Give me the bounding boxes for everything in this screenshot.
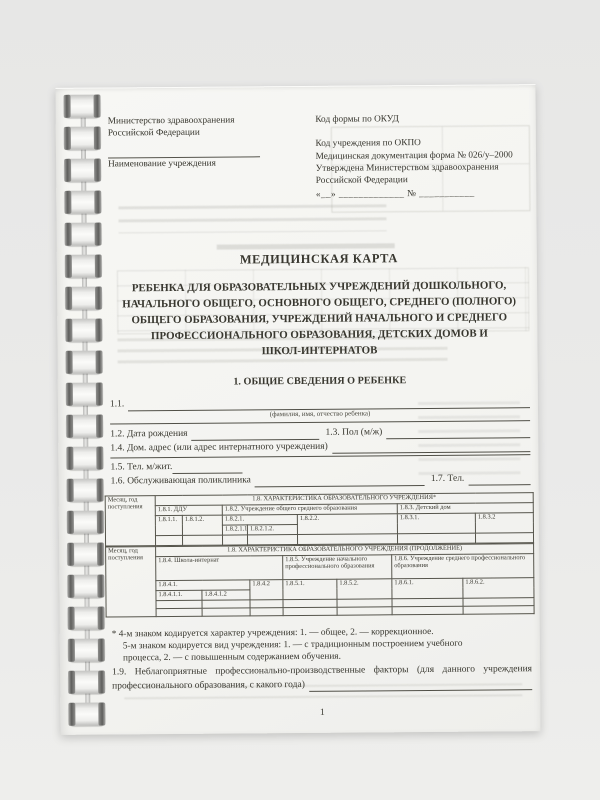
table1-subcode-cell: 1.8.2.1.2. (247, 524, 297, 534)
table2-empty-cell (463, 605, 534, 614)
field-1-4-label: 1.4. Дом. адрес (или адрес интернатного … (110, 440, 328, 455)
ministry-line2: Российской Федерации (108, 126, 278, 140)
document-subtitle: РЕБЕНКА ДЛЯ ОБРАЗОВАТЕЛЬНЫХ УЧРЕЖДЕНИЙ Д… (109, 277, 530, 360)
binding-ring (66, 351, 103, 374)
footnote-block: * 4-м знаком кодируется характер учрежде… (112, 625, 520, 664)
binding-ring (66, 447, 103, 470)
field-1-3-line (386, 425, 530, 439)
spiral-binding (64, 95, 106, 726)
page-number: 1 (112, 706, 532, 719)
table2-code-cell: 1.8.6.1. (392, 578, 463, 599)
table1-code-cell: 1.8.1.2. (182, 515, 222, 535)
table-1-8-institution: Месяц, год поступления 1.8. ХАРАКТЕРИСТИ… (105, 492, 534, 546)
table2-group-boarding: 1.8.4. Школа-интернат (156, 555, 283, 580)
binding-ring (67, 511, 104, 534)
section-1-heading: 1. ОБЩИЕ СВЕДЕНИЯ О РЕБЕНКЕ (110, 374, 530, 388)
binding-ring (68, 639, 105, 662)
footnote-line3: процесса, 2. — с повышенным содержанием … (112, 649, 520, 664)
binding-ring (67, 479, 104, 502)
table1-group-ddu: 1.8.1. ДДУ (155, 505, 222, 516)
table1-code-cell: 1.8.3.2 (475, 512, 533, 532)
binding-ring (68, 703, 105, 726)
table2-group-secondary-prof: 1.8.6. Учреждение среднего профессиональ… (392, 553, 534, 578)
table2-subcode-cell: 1.8.4.1.2 (202, 589, 250, 599)
medical-card-form-page: Министерство здравоохранения Российской … (55, 84, 540, 735)
binding-ring (64, 95, 101, 118)
page-title: МЕДИЦИНСКАЯ КАРТА (109, 250, 529, 268)
date-number-line: «__» _____________ № ___________ (316, 188, 529, 202)
field-1-6-label: 1.6. Обслуживающая поликлиника (111, 474, 251, 488)
approved-line1: Утверждена Министерством здравоохранения (316, 161, 529, 175)
table2-group-primary-prof: 1.8.5. Учреждение начального профессиона… (283, 554, 392, 579)
table1-code-cell: 1.8.2.1. (222, 514, 297, 525)
table1-subcode-cell: 1.8.2.1.1. (222, 524, 247, 534)
binding-ring (65, 255, 102, 278)
table2-row-label: Месяц, год поступления (106, 546, 157, 616)
okud-code-label: Код формы по ОКУД (315, 112, 528, 126)
field-1-2-line (191, 426, 319, 440)
binding-ring (65, 223, 102, 246)
table2-empty-cell (202, 607, 250, 615)
table1-row-label: Месяц, год поступления (105, 495, 155, 545)
table2-code-cell: 1.8.5.1. (283, 579, 337, 599)
binding-ring (66, 415, 103, 438)
institution-name-label: Наименование учреждения (108, 157, 278, 171)
table2-code-cell: 1.8.4.2 (250, 579, 283, 599)
table2-empty-cell (250, 607, 283, 615)
binding-ring (65, 319, 102, 342)
approved-line2: Российской Федерации (316, 173, 529, 187)
table2-empty-cell (156, 608, 202, 616)
table1-empty-cell (297, 533, 397, 544)
table2-empty-cell (337, 606, 392, 614)
field-1-3-label: 1.3. Пол (м/ж) (325, 426, 382, 439)
table2-code-cell: 1.8.5.2. (337, 578, 392, 598)
table2-empty-cell (250, 599, 283, 607)
binding-ring (65, 287, 102, 310)
binding-ring (64, 159, 101, 182)
table1-code-cell: 1.8.1.1. (155, 515, 182, 535)
table1-empty-cell (222, 534, 247, 544)
binding-ring (67, 575, 104, 598)
subtitle-line: ПРОФЕССИОНАЛЬНОГО ОБРАЗОВАНИЯ, ДЕТСКИХ Д… (109, 325, 529, 344)
field-1-6-line (255, 473, 425, 487)
field-1-9-line (309, 677, 532, 692)
table2-subcode-cell: 1.8.4.1.1. (156, 590, 202, 600)
table2-empty-cell (283, 607, 337, 615)
form-header: Министерство здравоохранения Российской … (108, 112, 529, 203)
field-1-9-text-line2: профессионального образования, с какого … (112, 679, 305, 694)
field-1-7-label: 1.7. Тел. (431, 472, 465, 485)
form-content: Министерство здравоохранения Российской … (55, 85, 540, 735)
table1-empty-cell (397, 533, 475, 544)
header-left-block: Министерство здравоохранения Российской … (108, 114, 278, 203)
header-right-block: Код формы по ОКУД Код учреждения по ОКПО… (315, 112, 528, 201)
table1-empty-cell (182, 535, 222, 545)
subtitle-line: ШКОЛ-ИНТЕРНАТОВ (109, 341, 529, 360)
table1-empty-cell (155, 535, 182, 545)
field-1-5-line (172, 460, 242, 474)
table1-code-cell: 1.8.3.1. (397, 513, 475, 534)
table2-code-cell: 1.8.6.2. (463, 577, 534, 598)
table1-empty-cell (475, 532, 533, 542)
table1-empty-cell (247, 534, 297, 544)
binding-ring (67, 543, 104, 566)
table-1-8-institution-continued: Месяц, год поступления 1.8. ХАРАКТЕРИСТИ… (105, 543, 535, 617)
field-1-5-label: 1.5. Тел. м/жит. (110, 461, 172, 474)
binding-ring (66, 383, 103, 406)
field-1-7-line (468, 472, 530, 485)
okpo-block: Код учреждения по ОКПО Медицинская докум… (315, 136, 528, 201)
table1-code-cell: 1.8.2.2. (297, 513, 397, 534)
binding-ring (64, 191, 101, 214)
table2-empty-cell (392, 606, 463, 615)
binding-ring (64, 127, 101, 150)
binding-ring (68, 671, 105, 694)
binding-ring (68, 607, 105, 630)
field-1-2-label: 1.2. Дата рождения (110, 427, 187, 441)
field-1-1-label: 1.1. (110, 398, 124, 411)
field-1-4-line (332, 439, 531, 454)
